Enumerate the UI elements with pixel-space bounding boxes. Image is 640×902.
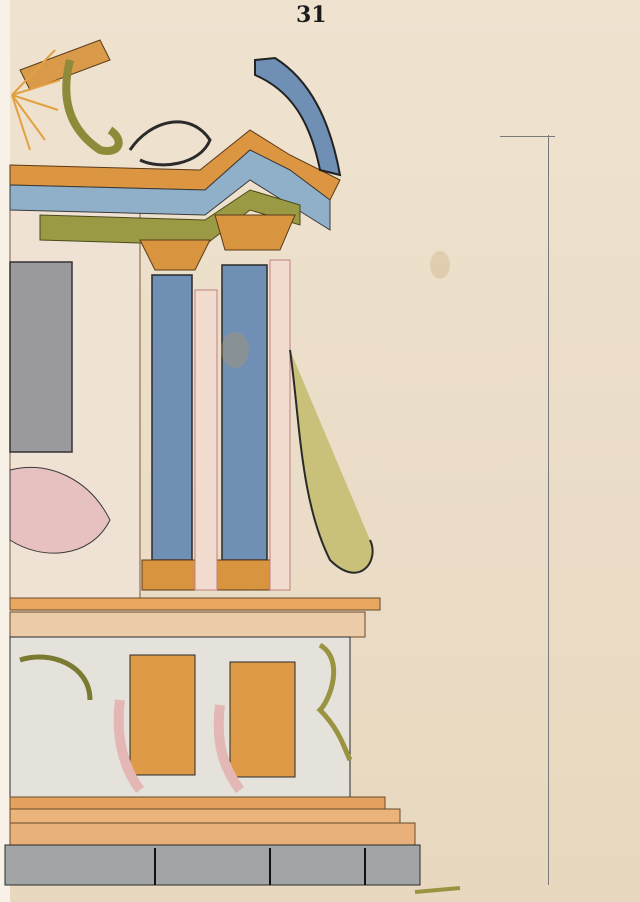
- grey-panel: [10, 262, 72, 452]
- drawing-sheet: 31: [0, 0, 640, 902]
- grey-plinth: [5, 845, 420, 885]
- left-column: [152, 275, 192, 560]
- right-column: [222, 265, 267, 560]
- marble-panel-right: [230, 662, 295, 777]
- altar-drawing: [0, 0, 640, 902]
- marble-panel-left: [130, 655, 195, 775]
